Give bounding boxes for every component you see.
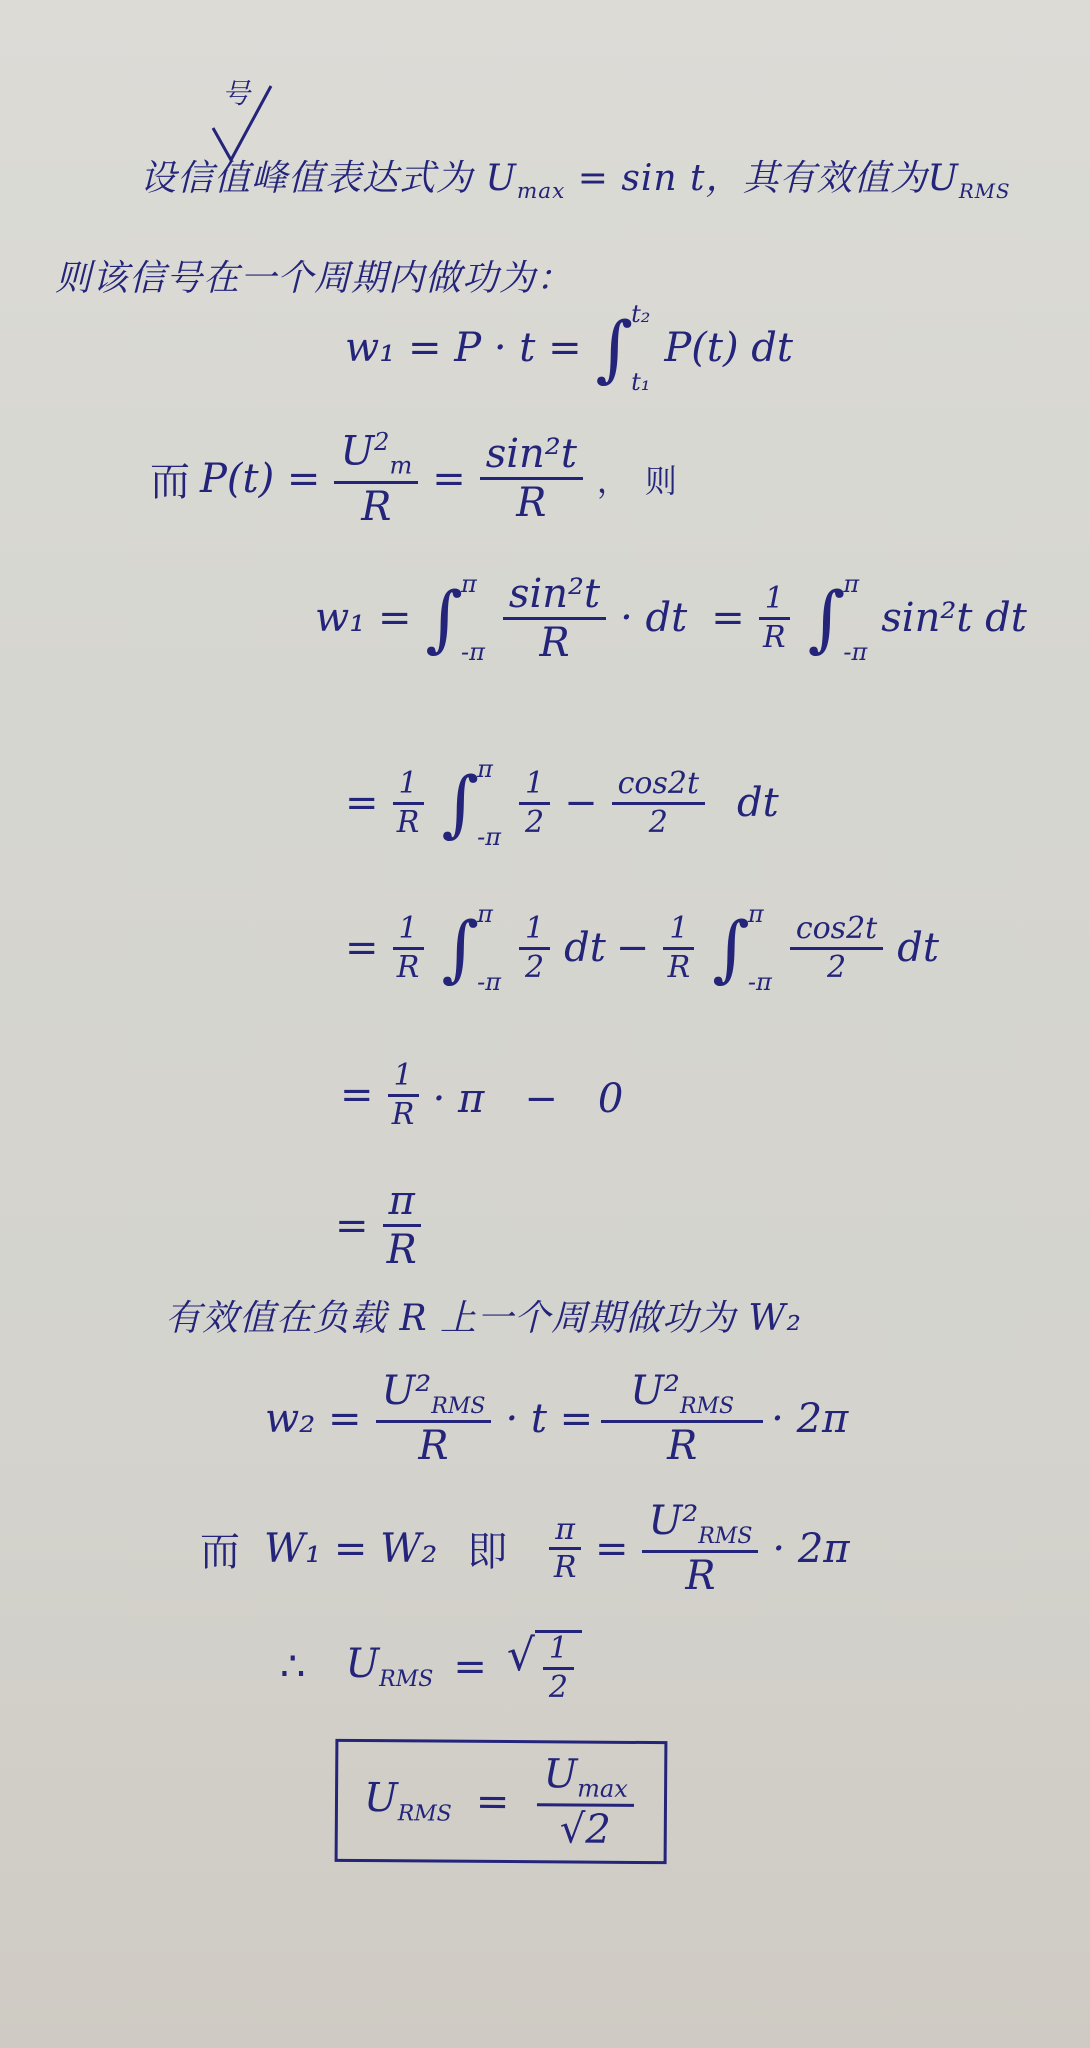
w1-result: = π R	[335, 1180, 425, 1271]
urms2-over-r-fraction-2: U²RMS R	[607, 1370, 757, 1467]
integral-sign-icon: ∫	[442, 912, 480, 984]
equals-sign: =	[345, 780, 379, 826]
w1-step-3: = 1 R ∫ π-π 1 2 dt − 1 R ∫ π-π cos2t 2 d…	[345, 900, 939, 996]
integral: ∫ π-π	[808, 570, 867, 666]
umax-symbol: Umax	[485, 158, 565, 199]
urms-symbol: URMS	[364, 1775, 452, 1827]
urms2-over-r-fraction: U²RMS R	[376, 1370, 492, 1467]
urms-symbol: URMS	[928, 158, 1011, 199]
sin-expression: = sin t	[578, 158, 706, 199]
fraction-sin2t-over-r: sin²t R	[480, 433, 583, 524]
equals-sign: =	[340, 1072, 374, 1118]
equals-sign: =	[453, 1644, 487, 1690]
half-fraction: 1 2	[519, 768, 550, 838]
integral-sign-icon: ∫	[712, 912, 750, 984]
umax-over-sqrt2-fraction: Umax √2	[537, 1753, 634, 1851]
times-t: · t =	[505, 1396, 593, 1442]
w2-lhs: w₂ =	[265, 1396, 362, 1442]
dt: dt	[564, 925, 606, 971]
remaining-terms: · π − 0	[433, 1067, 624, 1124]
coefficient-fraction: 1 R	[393, 768, 424, 838]
integral-sign-icon: ∫	[596, 312, 634, 384]
coefficient-fraction-2: 1 R	[663, 913, 694, 983]
w2-equation: w₂ = U²RMS R · t = U²RMS R · 2π	[265, 1370, 848, 1467]
work-intro-line: 则该信号在一个周期内做功为：	[55, 250, 573, 301]
intro-line: 设信值峰值表达式为 Umax = sin t，其有效值为URMS	[140, 150, 1011, 204]
dt: · dt	[620, 595, 687, 641]
minus-sign: −	[616, 925, 650, 971]
times-2pi: · 2π	[772, 1526, 849, 1572]
w1-definition-equation: w₁ = P · t = ∫ t₂ t₁ P(t) dt	[345, 300, 793, 396]
minus-sign: −	[564, 780, 598, 826]
prefix-text: 而	[150, 450, 190, 507]
integral-upper-limit: t₂	[631, 300, 650, 328]
intro-text-2: ，其有效值为	[706, 158, 928, 199]
pi-over-r-fraction: π R	[383, 1180, 421, 1271]
dt: dt	[737, 780, 779, 826]
w1-equals-w2: W₁ = W₂	[264, 1526, 437, 1572]
square-root: √ 1 2	[507, 1630, 582, 1703]
equals-sign: =	[595, 1526, 629, 1572]
coefficient-fraction: 1 R	[393, 913, 424, 983]
equal-work-equation: 而 W₁ = W₂ 即 π R = U²RMS R · 2π	[200, 1500, 850, 1597]
dt: dt	[897, 925, 939, 971]
integral: ∫ π-π	[712, 900, 771, 996]
power-equation: 而 P(t) = U2m R = sin²t R ， 则	[150, 430, 677, 528]
w1-lhs: w₁ = P · t =	[345, 325, 582, 371]
pt-lhs: P(t) =	[200, 456, 320, 502]
integral-lower-limit: t₁	[631, 368, 650, 396]
prefix-text: 而	[200, 1520, 240, 1577]
half-fraction: 1 2	[519, 913, 550, 983]
therefore-symbol: ∴	[280, 1644, 305, 1690]
notebook-page: 号 设信值峰值表达式为 Umax = sin t，其有效值为URMS 则该信号在…	[0, 0, 1090, 2048]
one-half-fraction: 1 2	[543, 1633, 574, 1703]
integrand: sin²t dt	[881, 595, 1027, 641]
equals-sign: =	[476, 1778, 510, 1824]
equals-sign: =	[335, 1203, 369, 1249]
urms2-over-r-fraction: U²RMS R	[642, 1500, 758, 1597]
integral: ∫ π-π	[442, 900, 501, 996]
integrand: P(t) dt	[664, 325, 793, 371]
cos-fraction: cos2t 2	[790, 913, 883, 983]
pi-over-r-fraction: π R	[549, 1514, 581, 1584]
fraction: sin²t R	[503, 573, 606, 664]
equals-sign: =	[432, 456, 466, 502]
therefore-equation: ∴ URMS = √ 1 2	[280, 1630, 582, 1703]
integral-sign-icon: ∫	[442, 767, 480, 839]
urms-symbol: URMS	[345, 1641, 433, 1692]
namely-text: 即	[467, 1520, 507, 1577]
integral: ∫ π-π	[426, 570, 485, 666]
coefficient-fraction: 1 R	[759, 583, 790, 653]
w1-step-1: w₁ = ∫ π-π sin²t R · dt = 1 R ∫ π-π sin²…	[315, 570, 1027, 666]
times-2pi: · 2π	[771, 1396, 848, 1442]
coefficient-fraction: 1 R	[388, 1060, 419, 1130]
final-answer-box: URMS = Umax √2	[335, 1739, 668, 1865]
w1-step-4: = 1 R · π − 0	[340, 1060, 623, 1130]
radical-sign-icon: √	[507, 1630, 535, 1681]
equals-sign: =	[345, 925, 379, 971]
w1-step-2: = 1 R ∫ π-π 1 2 − cos2t 2 dt	[345, 755, 779, 851]
integral: ∫ π-π	[442, 755, 501, 851]
cos-fraction: cos2t 2	[612, 768, 705, 838]
fraction-um2-over-r: U2m R	[334, 430, 418, 528]
integral-sign-icon: ∫	[808, 582, 846, 654]
w1-lhs: w₁ =	[315, 595, 412, 641]
suffix-text: ， 则	[597, 456, 677, 502]
integral-sign-icon: ∫	[426, 582, 464, 654]
integral: ∫ t₂ t₁	[596, 300, 651, 396]
equals-sign: =	[711, 595, 745, 641]
w2-intro-line: 有效值在负载 R 上一个周期做功为 W₂	[165, 1290, 802, 1341]
intro-text: 设信值峰值表达式为	[140, 158, 473, 199]
